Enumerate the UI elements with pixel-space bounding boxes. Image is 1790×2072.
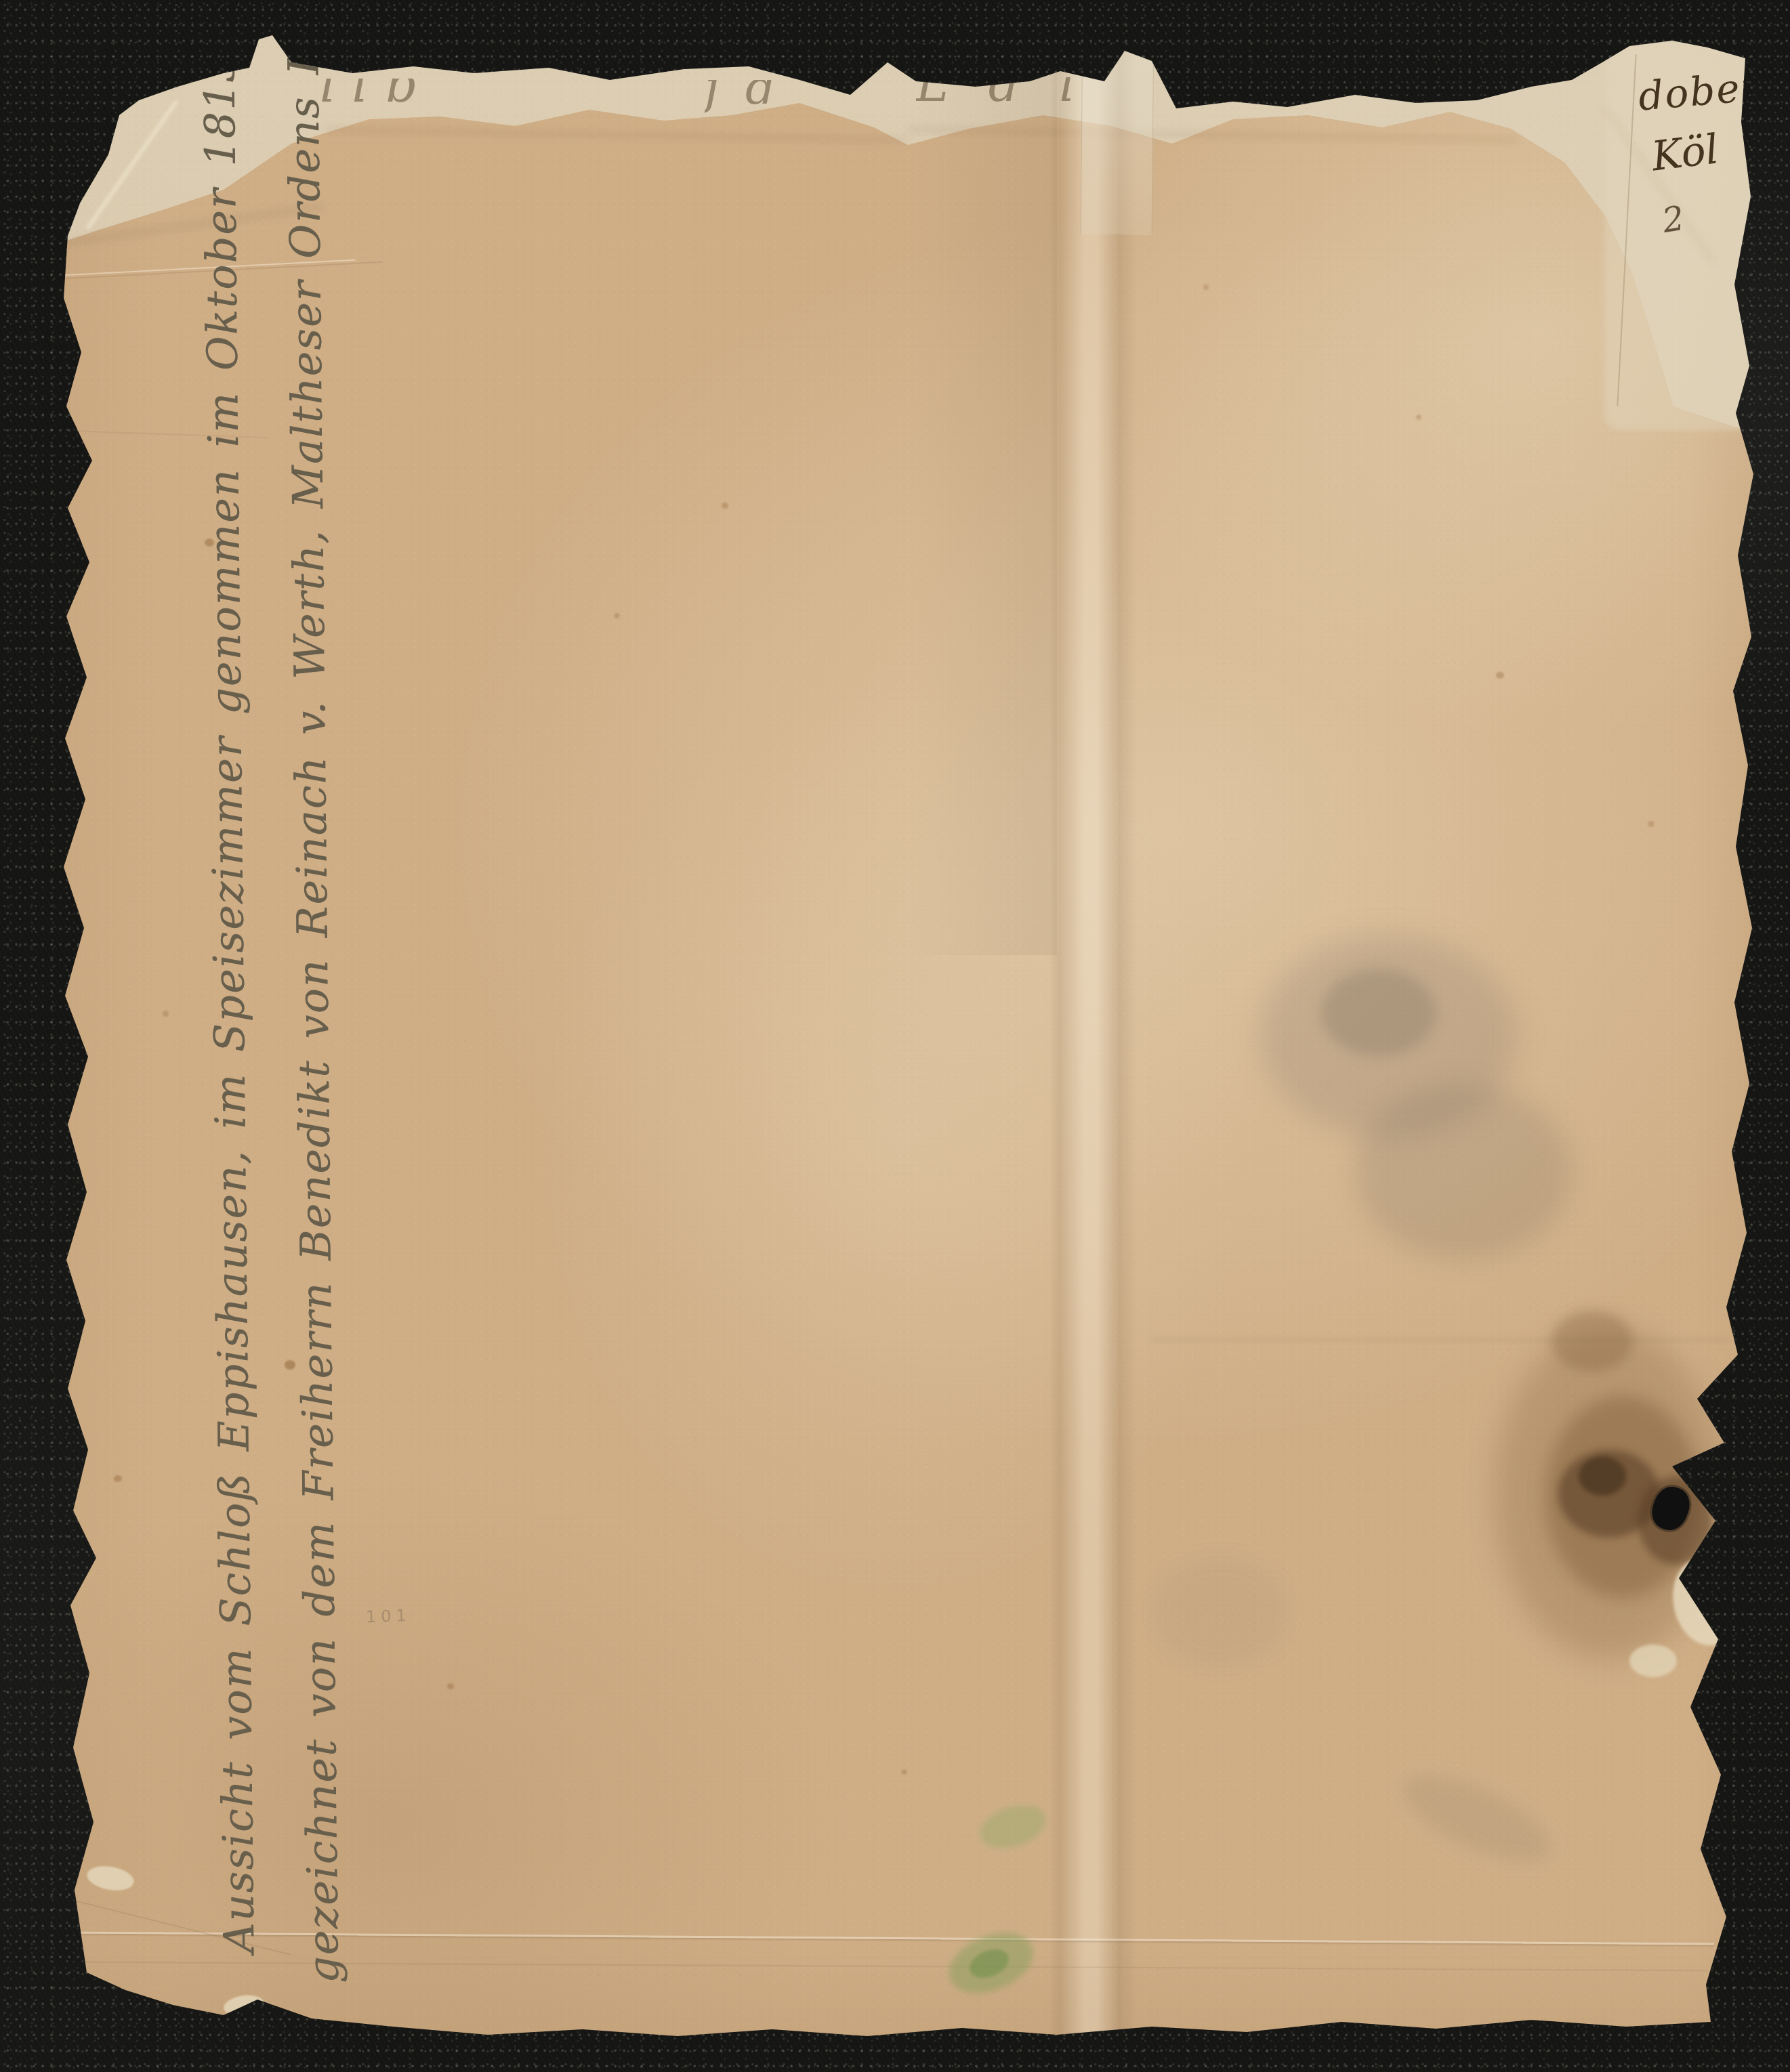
torn-edge-fragment-text: ılb bbox=[318, 79, 436, 114]
brown-stain bbox=[1579, 1456, 1626, 1496]
fox-spot bbox=[163, 1011, 169, 1017]
fox-spot bbox=[1416, 415, 1421, 420]
fox-spot bbox=[114, 1475, 122, 1482]
gray-smudge bbox=[1152, 1558, 1287, 1666]
torn-edge-fragment: ſd bbox=[705, 80, 847, 117]
gray-smudge bbox=[1355, 1084, 1572, 1260]
fox-spot bbox=[722, 503, 728, 509]
corner-note-fragment: 2 bbox=[1660, 198, 1687, 240]
corner-note: dober Köl 2 bbox=[1612, 64, 1757, 274]
pencil-mark: 101 bbox=[366, 1606, 412, 1626]
fox-spot bbox=[614, 613, 620, 618]
fox-spot bbox=[1203, 284, 1209, 290]
paper-chip bbox=[1629, 1645, 1677, 1677]
fox-spot bbox=[901, 1769, 907, 1775]
torn-edge-fragment-text: L d l bbox=[916, 77, 1087, 112]
paper-sheet: Aussicht vom Schloß Eppishausen, im Spei… bbox=[0, 0, 1790, 2072]
photo-scene: Aussicht vom Schloß Eppishausen, im Spei… bbox=[0, 0, 1790, 2072]
torn-edge-fragment-text: ſd bbox=[705, 80, 799, 115]
fox-spot bbox=[447, 1683, 454, 1689]
inscription: Aussicht vom Schloß Eppishausen, im Spei… bbox=[178, 107, 366, 1985]
torn-edge-fragment: L d l bbox=[916, 77, 1126, 122]
gray-smudge bbox=[1321, 969, 1436, 1057]
fox-spot bbox=[1648, 821, 1654, 827]
torn-edge-fragment: ılb bbox=[318, 79, 501, 121]
fold-shadow bbox=[908, 41, 1057, 955]
brown-stain bbox=[1552, 1311, 1633, 1372]
corner-note-fragment: Köl bbox=[1649, 125, 1721, 180]
corner-note-fragment: dober bbox=[1636, 64, 1757, 120]
fold-crease bbox=[1049, 0, 1137, 2072]
fox-spot bbox=[1496, 672, 1504, 679]
repair-tape bbox=[1081, 31, 1154, 235]
